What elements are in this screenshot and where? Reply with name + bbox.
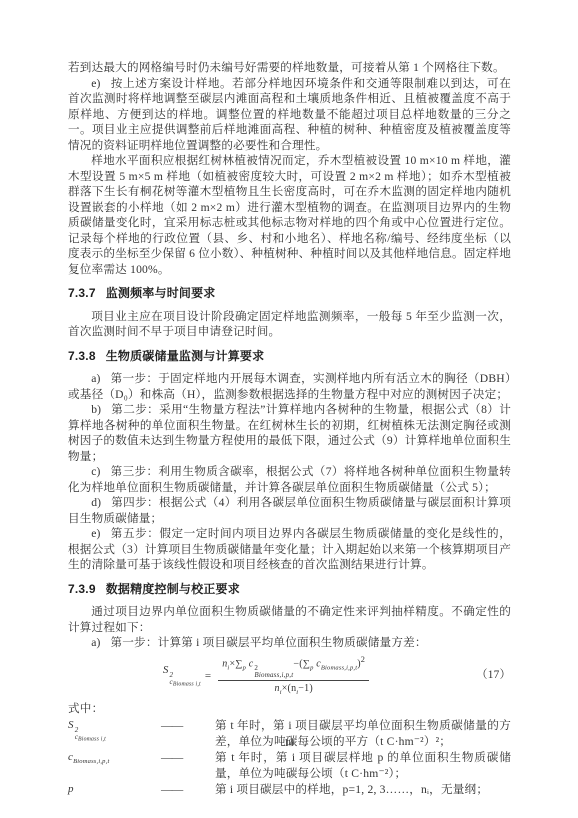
where-label: 式中：: [68, 701, 511, 717]
section-number: 7.3.7: [68, 286, 96, 300]
section-heading-7-3-8: 7.3.8生物质碳储量监测与计算要求: [68, 349, 511, 365]
definition-carbon-stock: cBiomass,i,p,t —— 第 t 年时，第 i 项目碳层样地 p 的单…: [68, 750, 511, 781]
list-item-text: 第一步：计算第 i 项目碳层平均单位面积生物质碳储量方差：: [110, 636, 426, 649]
equals-sign: =: [205, 670, 211, 683]
definition-dash: ——: [161, 782, 215, 798]
list-item-label: e): [91, 77, 100, 90]
section-number: 7.3.8: [68, 349, 96, 363]
symbol-definitions: S2cBiomass i,t —— 第 t 年时，第 i 项目碳层平均单位面积生…: [68, 718, 511, 798]
list-item-text: 第一步：于固定样地内开展每木调查，实测样地内所有活立木的胸径（DBH）或基径（D…: [68, 372, 511, 401]
list-item-step-c: c)第三步：利用生物质含碳率，根据公式（7）将样地各树种单位面积生物量转化为样地…: [68, 464, 511, 495]
list-item-step-b: b)第二步：采用“生物量方程法”计算样地内各树种的生物量，根据公式（8）计算样地…: [68, 402, 511, 464]
variance-symbol: S2cBiomass i,t: [163, 664, 201, 688]
fraction-denominator: ni×(ni−1): [218, 681, 369, 697]
equation-17-row: S2cBiomass i,t = ni×∑p c2Biomass,i,p,t−(…: [68, 655, 511, 698]
list-item-step-a: a)第一步：于固定样地内开展每木调查，实测样地内所有活立木的胸径（DBH）或基径…: [68, 371, 511, 402]
variance-supsub: 2cBiomass i,t: [170, 672, 201, 688]
section-title: 生物质碳储量监测与计算要求: [106, 349, 265, 363]
definition-description: 第 i 项目碳层中的样地，p=1, 2, 3……，nᵢ，无量纲；: [215, 782, 511, 798]
paragraph-monitoring-frequency: 项目业主应在项目设计阶段确定固定样地监测频率，一般每 5 年至少监测一次，首次监…: [68, 309, 511, 340]
equation-number: （17）: [467, 668, 511, 684]
list-item-variance-step-a: a)第一步：计算第 i 项目碳层平均单位面积生物质碳储量方差：: [68, 635, 511, 651]
list-item-text: 第二步：采用“生物量方程法”计算样地内各树种的生物量，根据公式（8）计算样地各树…: [68, 403, 511, 463]
list-item-step-d: d)第四步：根据公式（4）利用各碳层单位面积生物质碳储量与碳层面积计算项目生物质…: [68, 495, 511, 526]
list-item-text: 第四步：根据公式（4）利用各碳层单位面积生物质碳储量与碳层面积计算项目生物质碳储…: [68, 496, 511, 525]
list-item-label: e): [91, 527, 100, 540]
list-item-label: a): [91, 372, 100, 385]
section-title: 监测频率与时间要求: [106, 286, 216, 300]
definition-description: 第 t 年时，第 i 项目碳层样地 p 的单位面积生物质碳储量，单位为吨碳每公顷…: [215, 750, 511, 781]
list-item-label: a): [91, 636, 100, 649]
definition-term: cBiomass,i,p,t: [68, 750, 161, 770]
list-item-text: 第三步：利用生物质含碳率，根据公式（7）将样地各树种单位面积生物量转化为样地单位…: [68, 465, 511, 494]
list-item-text: 第五步：假定一定时间内项目边界内各碳层生物质碳储量的变化是线性的，根据公式（3）…: [68, 527, 511, 571]
section-number: 7.3.9: [68, 582, 96, 596]
list-item-e-plot-design: e)按上述方案设计样地。若部分样地因环境条件和交通等限制难以到达，可在首次监测时…: [68, 76, 511, 154]
list-item-step-e: e)第五步：假定一定时间内项目边界内各碳层生物质碳储量的变化是线性的，根据公式（…: [68, 526, 511, 573]
paragraph-grid-numbering: 若到达最大的网格编号时仍未编号好需要的样地数量，可接着从第 1 个网格往下数。: [68, 60, 511, 76]
list-item-text: 按上述方案设计样地。若部分样地因环境条件和交通等限制难以到达，可在首次监测时将样…: [68, 77, 511, 152]
paragraph-plot-area: 样地水平面积应根据红树林植被情况而定，乔木型植被设置 10 m×10 m 样地，…: [68, 153, 511, 277]
equation-17: S2cBiomass i,t = ni×∑p c2Biomass,i,p,t−(…: [68, 655, 467, 698]
list-item-label: c): [91, 465, 100, 478]
list-item-label: b): [91, 403, 101, 416]
definition-dash: ——: [161, 750, 215, 766]
section-title: 数据精度控制与校正要求: [106, 582, 240, 596]
definition-term: p: [68, 782, 161, 798]
definition-plot-p: p —— 第 i 项目碳层中的样地，p=1, 2, 3……，nᵢ，无量纲；: [68, 782, 511, 798]
list-item-label: d): [91, 496, 101, 509]
fraction: ni×∑p c2Biomass,i,p,t−(∑p cBiomass,i,p,t…: [218, 655, 369, 698]
definition-dash: ——: [161, 718, 215, 734]
page-number: 14: [0, 738, 578, 749]
section-heading-7-3-7: 7.3.7监测频率与时间要求: [68, 286, 511, 302]
document-page: 若到达最大的网格编号时仍未编号好需要的样地数量，可接着从第 1 个网格往下数。 …: [0, 0, 578, 818]
page-content: 若到达最大的网格编号时仍未编号好需要的样地数量，可接着从第 1 个网格往下数。 …: [68, 60, 511, 799]
c-squared-supsub: 2Biomass,i,p,t: [254, 665, 293, 680]
paragraph-uncertainty: 通过项目边界内单位面积生物质碳储量的不确定性来评判抽样精度。不确定性的计算过程如…: [68, 604, 511, 635]
section-heading-7-3-9: 7.3.9数据精度控制与校正要求: [68, 582, 511, 598]
fraction-numerator: ni×∑p c2Biomass,i,p,t−(∑p cBiomass,i,p,t…: [218, 655, 369, 682]
